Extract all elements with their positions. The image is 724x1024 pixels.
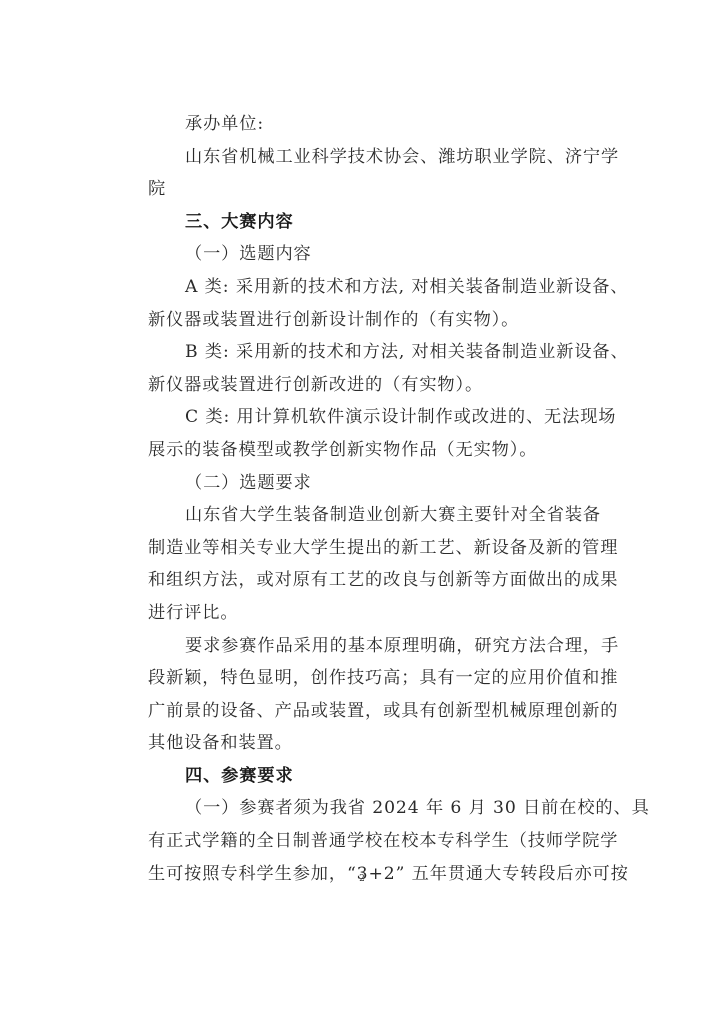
section-heading-contest-content: 三、大赛内容 [148,206,586,239]
organizer-label: 承办单位: [148,108,586,141]
paragraph-overview-line-1: 山东省大学生装备制造业创新大赛主要针对全省装备 [148,499,586,532]
organizer-names-line-1: 山东省机械工业科学技术协会、潍坊职业学院、济宁学 [148,141,586,174]
paragraph-overview-line-2: 制造业等相关专业大学生提出的新工艺、新设备及新的管理 [148,532,586,565]
section-heading-participation-requirements: 四、参赛要求 [148,760,586,793]
paragraph-requirements-line-4: 其他设备和装置。 [148,727,586,760]
category-b-line-1: B 类: 采用新的技术和方法, 对相关装备制造业新设备、 [148,336,586,369]
page-number: 2 [0,874,724,884]
paragraph-eligibility-line-1: （一）参赛者须为我省 2024 年 6 月 30 日前在校的、具 [148,792,586,825]
category-a-line-1: A 类: 采用新的技术和方法, 对相关装备制造业新设备、 [148,271,586,304]
paragraph-requirements-line-3: 广前景的设备、产品或装置，或具有创新型机械原理创新的 [148,695,586,728]
document-page: 承办单位: 山东省机械工业科学技术协会、潍坊职业学院、济宁学 院 三、大赛内容 … [148,108,586,890]
paragraph-requirements-line-2: 段新颖，特色显明，创作技巧高；具有一定的应用价值和推 [148,662,586,695]
paragraph-requirements-line-1: 要求参赛作品采用的基本原理明确，研究方法合理，手 [148,630,586,663]
category-b-line-2: 新仪器或装置进行创新改进的（有实物）。 [148,369,586,402]
category-c-line-2: 展示的装备模型或教学创新实物作品（无实物）。 [148,434,586,467]
paragraph-overview-line-4: 进行评比。 [148,597,586,630]
organizer-names-line-2: 院 [148,173,586,206]
paragraph-eligibility-line-2: 有正式学籍的全日制普通学校在校本专科学生（技师学院学 [148,825,586,858]
paragraph-overview-line-3: 和组织方法，或对原有工艺的改良与创新等方面做出的成果 [148,564,586,597]
subsection-heading-topic-requirements: （二）选题要求 [148,467,586,500]
category-a-line-2: 新仪器或装置进行创新设计制作的（有实物）。 [148,304,586,337]
subsection-heading-topic-content: （一）选题内容 [148,238,586,271]
category-c-line-1: C 类: 用计算机软件演示设计制作或改进的、无法现场 [148,401,586,434]
